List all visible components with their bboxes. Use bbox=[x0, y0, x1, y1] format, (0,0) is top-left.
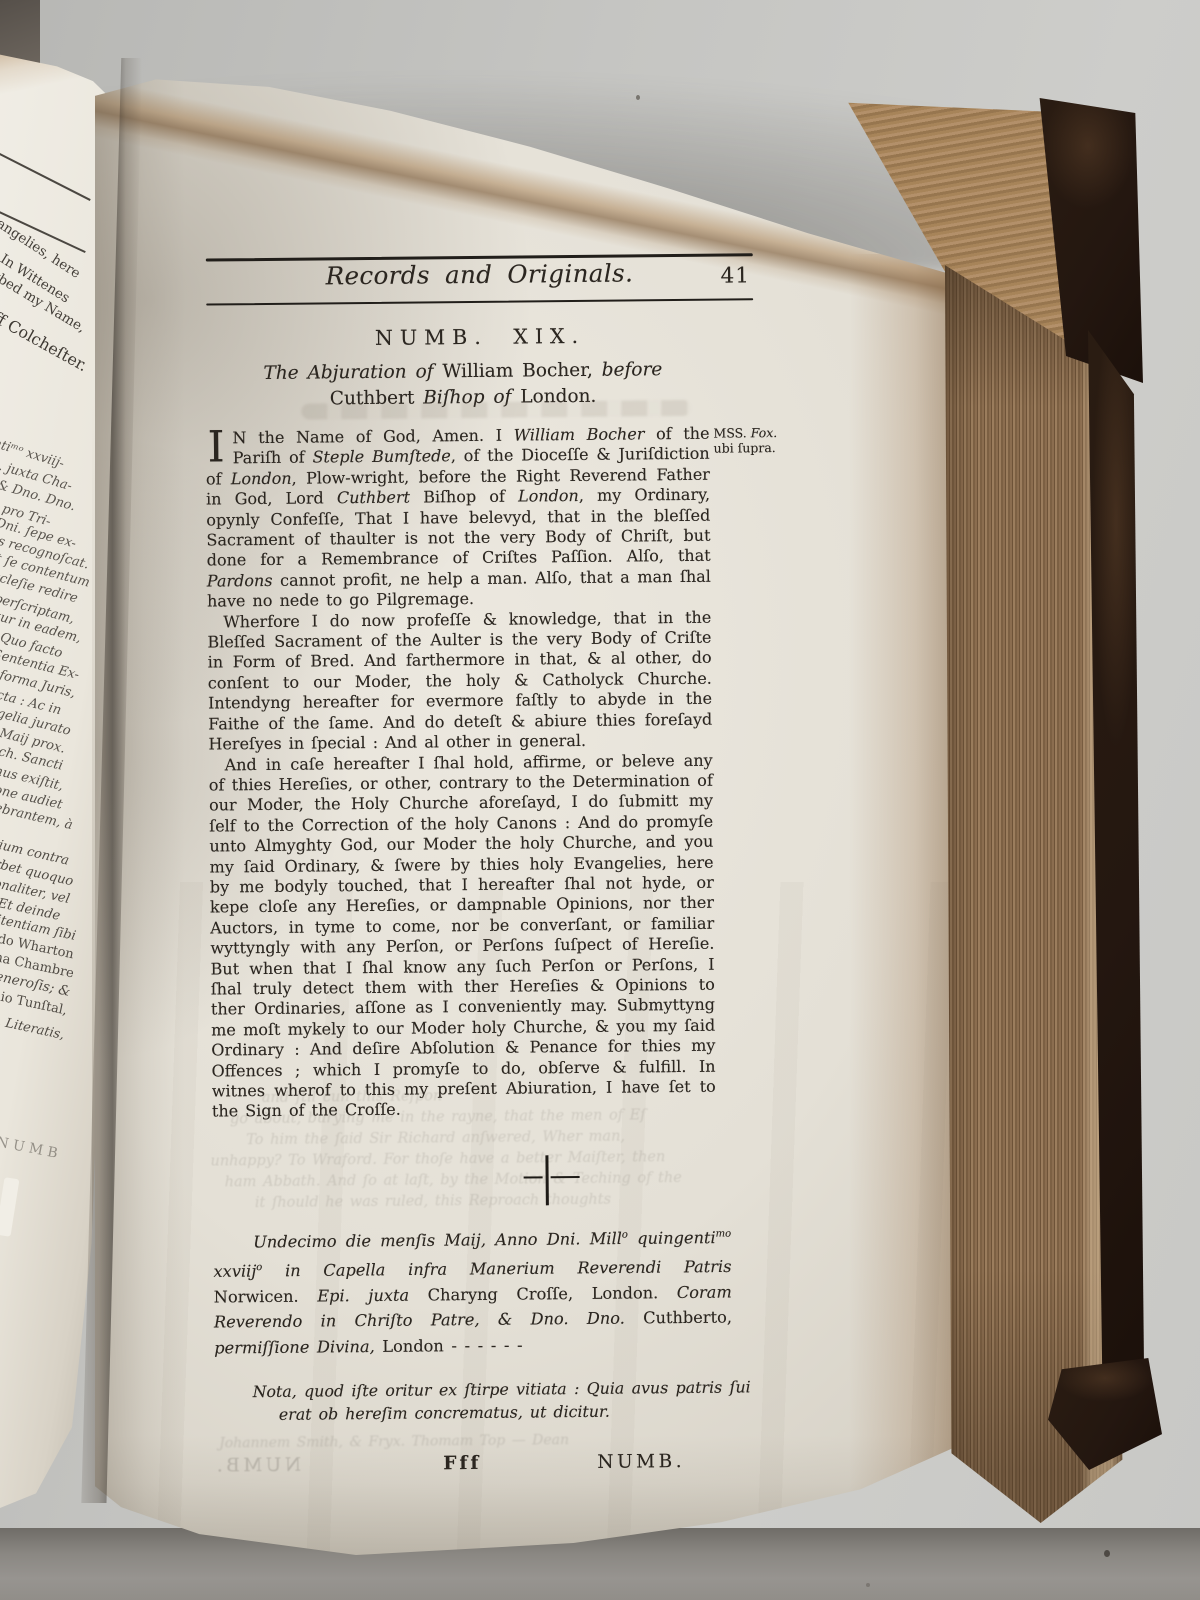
text-run: Fox. bbox=[751, 425, 778, 440]
running-title: Records and Originals. bbox=[206, 257, 753, 291]
ghost-text-line: To him the ſaid Sir Richard anſwered, Wh… bbox=[246, 1126, 625, 1150]
section-heading: NUMB. XIX. bbox=[206, 322, 753, 351]
text-column: IN the Name of God, Amen. I William Boch… bbox=[205, 424, 719, 1483]
text-run: cannot profit, ne help a man. Alſo, that… bbox=[207, 567, 711, 611]
ghost-text-line: and ſtil cun this Reſpon bbox=[262, 1086, 443, 1108]
paragraph-abjuration-3: And in caſe hereafter I ſhal hold, affir… bbox=[209, 750, 717, 1122]
text-run: London bbox=[518, 486, 579, 506]
nota-text: Nota, quod iſte oritur ex ſtirpe vitiata… bbox=[253, 1377, 751, 1424]
show-through-smudge bbox=[301, 400, 691, 420]
text-run: Charyng Croſſe, London. bbox=[428, 1283, 659, 1304]
cross-mark-icon bbox=[523, 1155, 579, 1206]
text-run: MSS. bbox=[713, 425, 750, 440]
sign-of-cross-section: and ſtil cun this Reſpongo about, buryin… bbox=[212, 1127, 717, 1226]
text-run: William Bocher, bbox=[442, 360, 593, 382]
cross-horizontal-stroke-left bbox=[524, 1176, 543, 1179]
margin-note: MSS. Fox. ubi ſupra. bbox=[713, 426, 805, 456]
text-run: Steple Bumſtede bbox=[312, 447, 450, 467]
text-run: Biſhop of bbox=[410, 487, 518, 507]
paragraph-abjuration-1: IN the Name of God, Amen. I William Boch… bbox=[205, 424, 711, 612]
text-run: Cuthberto, bbox=[643, 1308, 732, 1328]
text-run: Pardons bbox=[207, 571, 273, 591]
ghost-text-line: ham Abbath. And ſo at laſt, by the Motio… bbox=[225, 1168, 682, 1193]
show-through-text-block: and ſtil cun this Reſpongo about, buryin… bbox=[202, 1083, 764, 1268]
page-number: 41 bbox=[698, 263, 750, 288]
signature-mark: Fff bbox=[443, 1454, 481, 1475]
text-run: permiſſione Divina, bbox=[214, 1336, 382, 1357]
catchword: NUMB. bbox=[597, 1452, 685, 1473]
page-footer: NUMB. Fff NUMB. bbox=[215, 1452, 719, 1483]
paragraph-abjuration-2: Wherfore I do now profeſſe & knowledge, … bbox=[207, 607, 712, 755]
text-run: N the Name of God, Amen. I bbox=[232, 426, 513, 448]
text-run: The Abjuration of bbox=[263, 361, 442, 384]
text-run: I bbox=[205, 428, 232, 464]
header-rule-bottom bbox=[206, 298, 753, 306]
text-run: William Bocher bbox=[514, 424, 645, 444]
printed-page-content: Records and Originals. 41 NUMB. XIX. The… bbox=[0, 0, 1200, 1600]
text-run: Epi. juxta bbox=[299, 1285, 428, 1305]
text-run: London bbox=[231, 469, 292, 489]
text-run: before bbox=[593, 359, 663, 381]
mirrored-catchword-show-through: NUMB. bbox=[213, 1456, 301, 1477]
cross-horizontal-stroke-right bbox=[551, 1176, 580, 1179]
text-run: London - - - - - - bbox=[382, 1335, 522, 1355]
nota-paragraph: Nota, quod iſte oritur ex ſtirpe vitiata… bbox=[253, 1375, 751, 1426]
text-run: Norwicen. bbox=[214, 1286, 299, 1306]
text-run: Cuthbert bbox=[337, 488, 410, 508]
cross-vertical-stroke bbox=[545, 1155, 548, 1205]
